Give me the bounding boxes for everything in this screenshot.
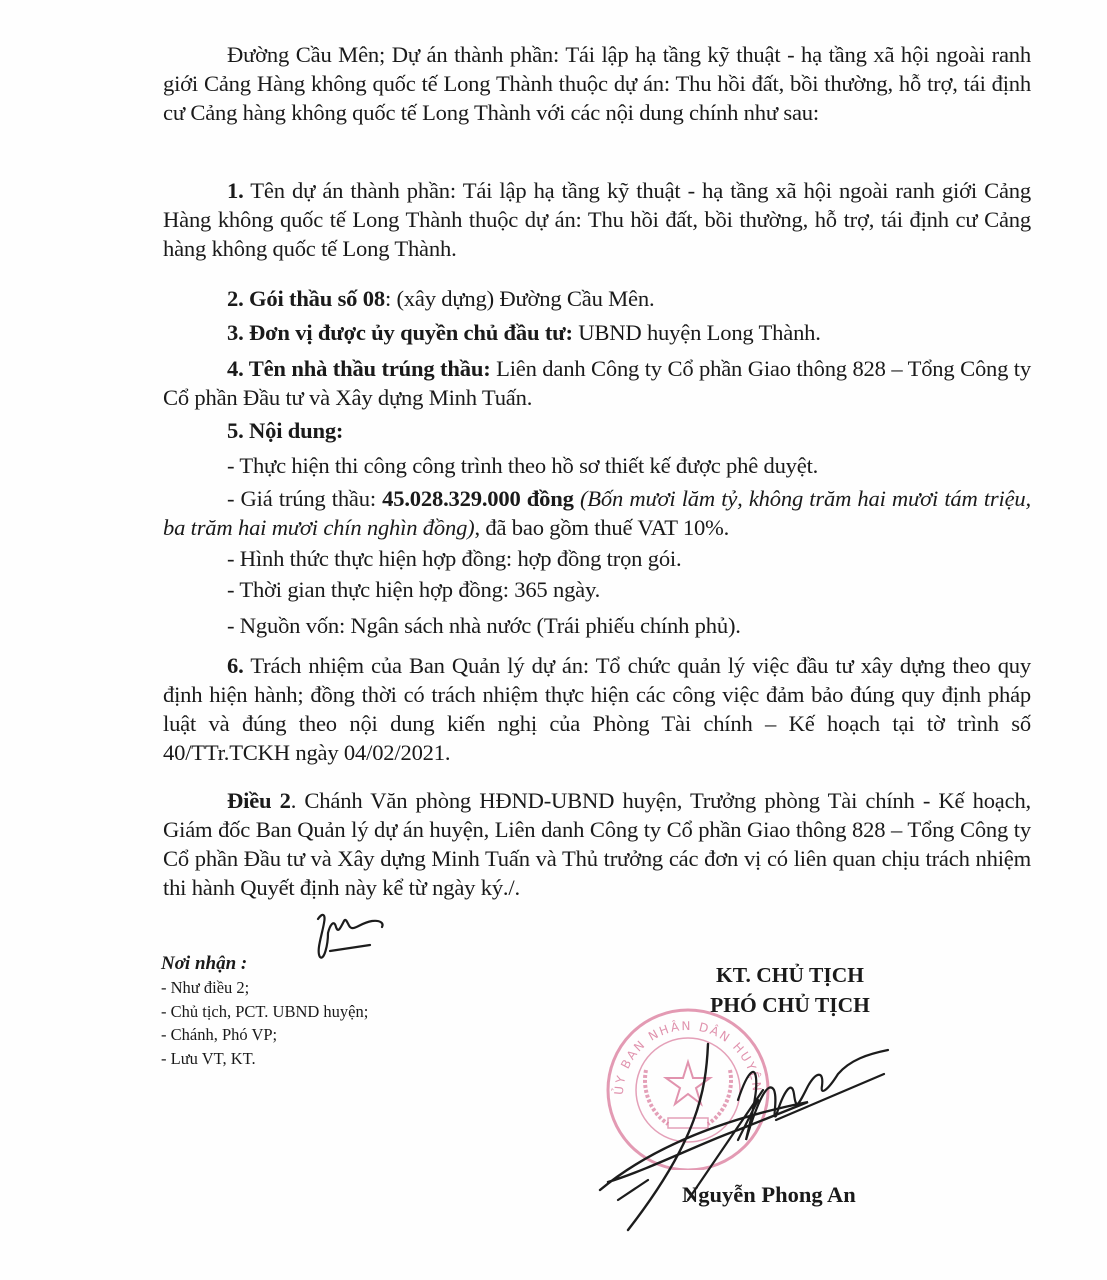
item-3: 3. Đơn vị được ủy quyền chủ đầu tư: UBND… <box>163 318 1031 347</box>
signature-title-block: KT. CHỦ TỊCH PHÓ CHỦ TỊCH <box>640 960 940 1020</box>
recipient-item: - Lưu VT, KT. <box>161 1047 368 1071</box>
price-suffix: , đã bao gồm thuế VAT 10%. <box>475 515 730 540</box>
content-bullet-price: - Giá trúng thầu: 45.028.329.000 đồng (B… <box>163 484 1031 542</box>
intro-paragraph: Đường Cầu Mên; Dự án thành phần: Tái lập… <box>163 40 1031 127</box>
recipients-title: Nơi nhận : <box>161 952 368 976</box>
item-2-label: 2. Gói thầu số 08 <box>227 286 385 311</box>
item-5: 5. Nội dung: <box>163 416 1031 445</box>
item-6: 6. Trách nhiệm của Ban Quản lý dự án: Tổ… <box>163 651 1031 767</box>
signature-line-2: PHÓ CHỦ TỊCH <box>640 990 940 1020</box>
item-6-label: 6. <box>227 653 244 678</box>
content-bullet-funding: - Nguồn vốn: Ngân sách nhà nước (Trái ph… <box>163 611 1031 640</box>
item-3-label: 3. Đơn vị được ủy quyền chủ đầu tư: <box>227 320 573 345</box>
item-1-label: 1. <box>227 178 244 203</box>
article-2-label: Điều 2 <box>227 788 291 813</box>
article-2-text: . Chánh Văn phòng HĐND-UBND huyện, Trưởn… <box>163 788 1031 900</box>
price-prefix: - Giá trúng thầu: <box>227 486 382 511</box>
content-bullet-execution: - Thực hiện thi công công trình theo hồ … <box>163 451 1031 480</box>
document-page: Đường Cầu Mên; Dự án thành phần: Tái lập… <box>0 0 1107 1280</box>
recipient-item: - Như điều 2; <box>161 976 368 1000</box>
article-2: Điều 2. Chánh Văn phòng HĐND-UBND huyện,… <box>163 786 1031 902</box>
item-2-text: : (xây dựng) Đường Cầu Mên. <box>385 286 655 311</box>
item-1-text: Tên dự án thành phần: Tái lập hạ tầng kỹ… <box>163 178 1031 261</box>
recipient-item: - Chánh, Phó VP; <box>161 1023 368 1047</box>
item-3-text: UBND huyện Long Thành. <box>573 320 821 345</box>
price-amount: 45.028.329.000 đồng <box>382 486 574 511</box>
signature-line-1: KT. CHỦ TỊCH <box>640 960 940 990</box>
item-4-label: 4. Tên nhà thầu trúng thầu: <box>227 356 491 381</box>
content-bullet-contract-type: - Hình thức thực hiện hợp đồng: hợp đồng… <box>163 544 1031 573</box>
signer-name: Nguyễn Phong An <box>682 1182 856 1208</box>
item-4: 4. Tên nhà thầu trúng thầu: Liên danh Cô… <box>163 354 1031 412</box>
recipients-block: Nơi nhận : - Như điều 2; - Chủ tịch, PCT… <box>161 952 368 1070</box>
content-bullet-duration: - Thời gian thực hiện hợp đồng: 365 ngày… <box>163 575 1031 604</box>
recipient-item: - Chủ tịch, PCT. UBND huyện; <box>161 1000 368 1024</box>
handwritten-signature-icon <box>588 1030 908 1240</box>
item-1: 1. Tên dự án thành phần: Tái lập hạ tầng… <box>163 176 1031 263</box>
item-6-text: Trách nhiệm của Ban Quản lý dự án: Tổ ch… <box>163 653 1031 765</box>
item-5-label: 5. Nội dung: <box>227 418 343 443</box>
item-2: 2. Gói thầu số 08: (xây dựng) Đường Cầu … <box>163 284 1031 313</box>
